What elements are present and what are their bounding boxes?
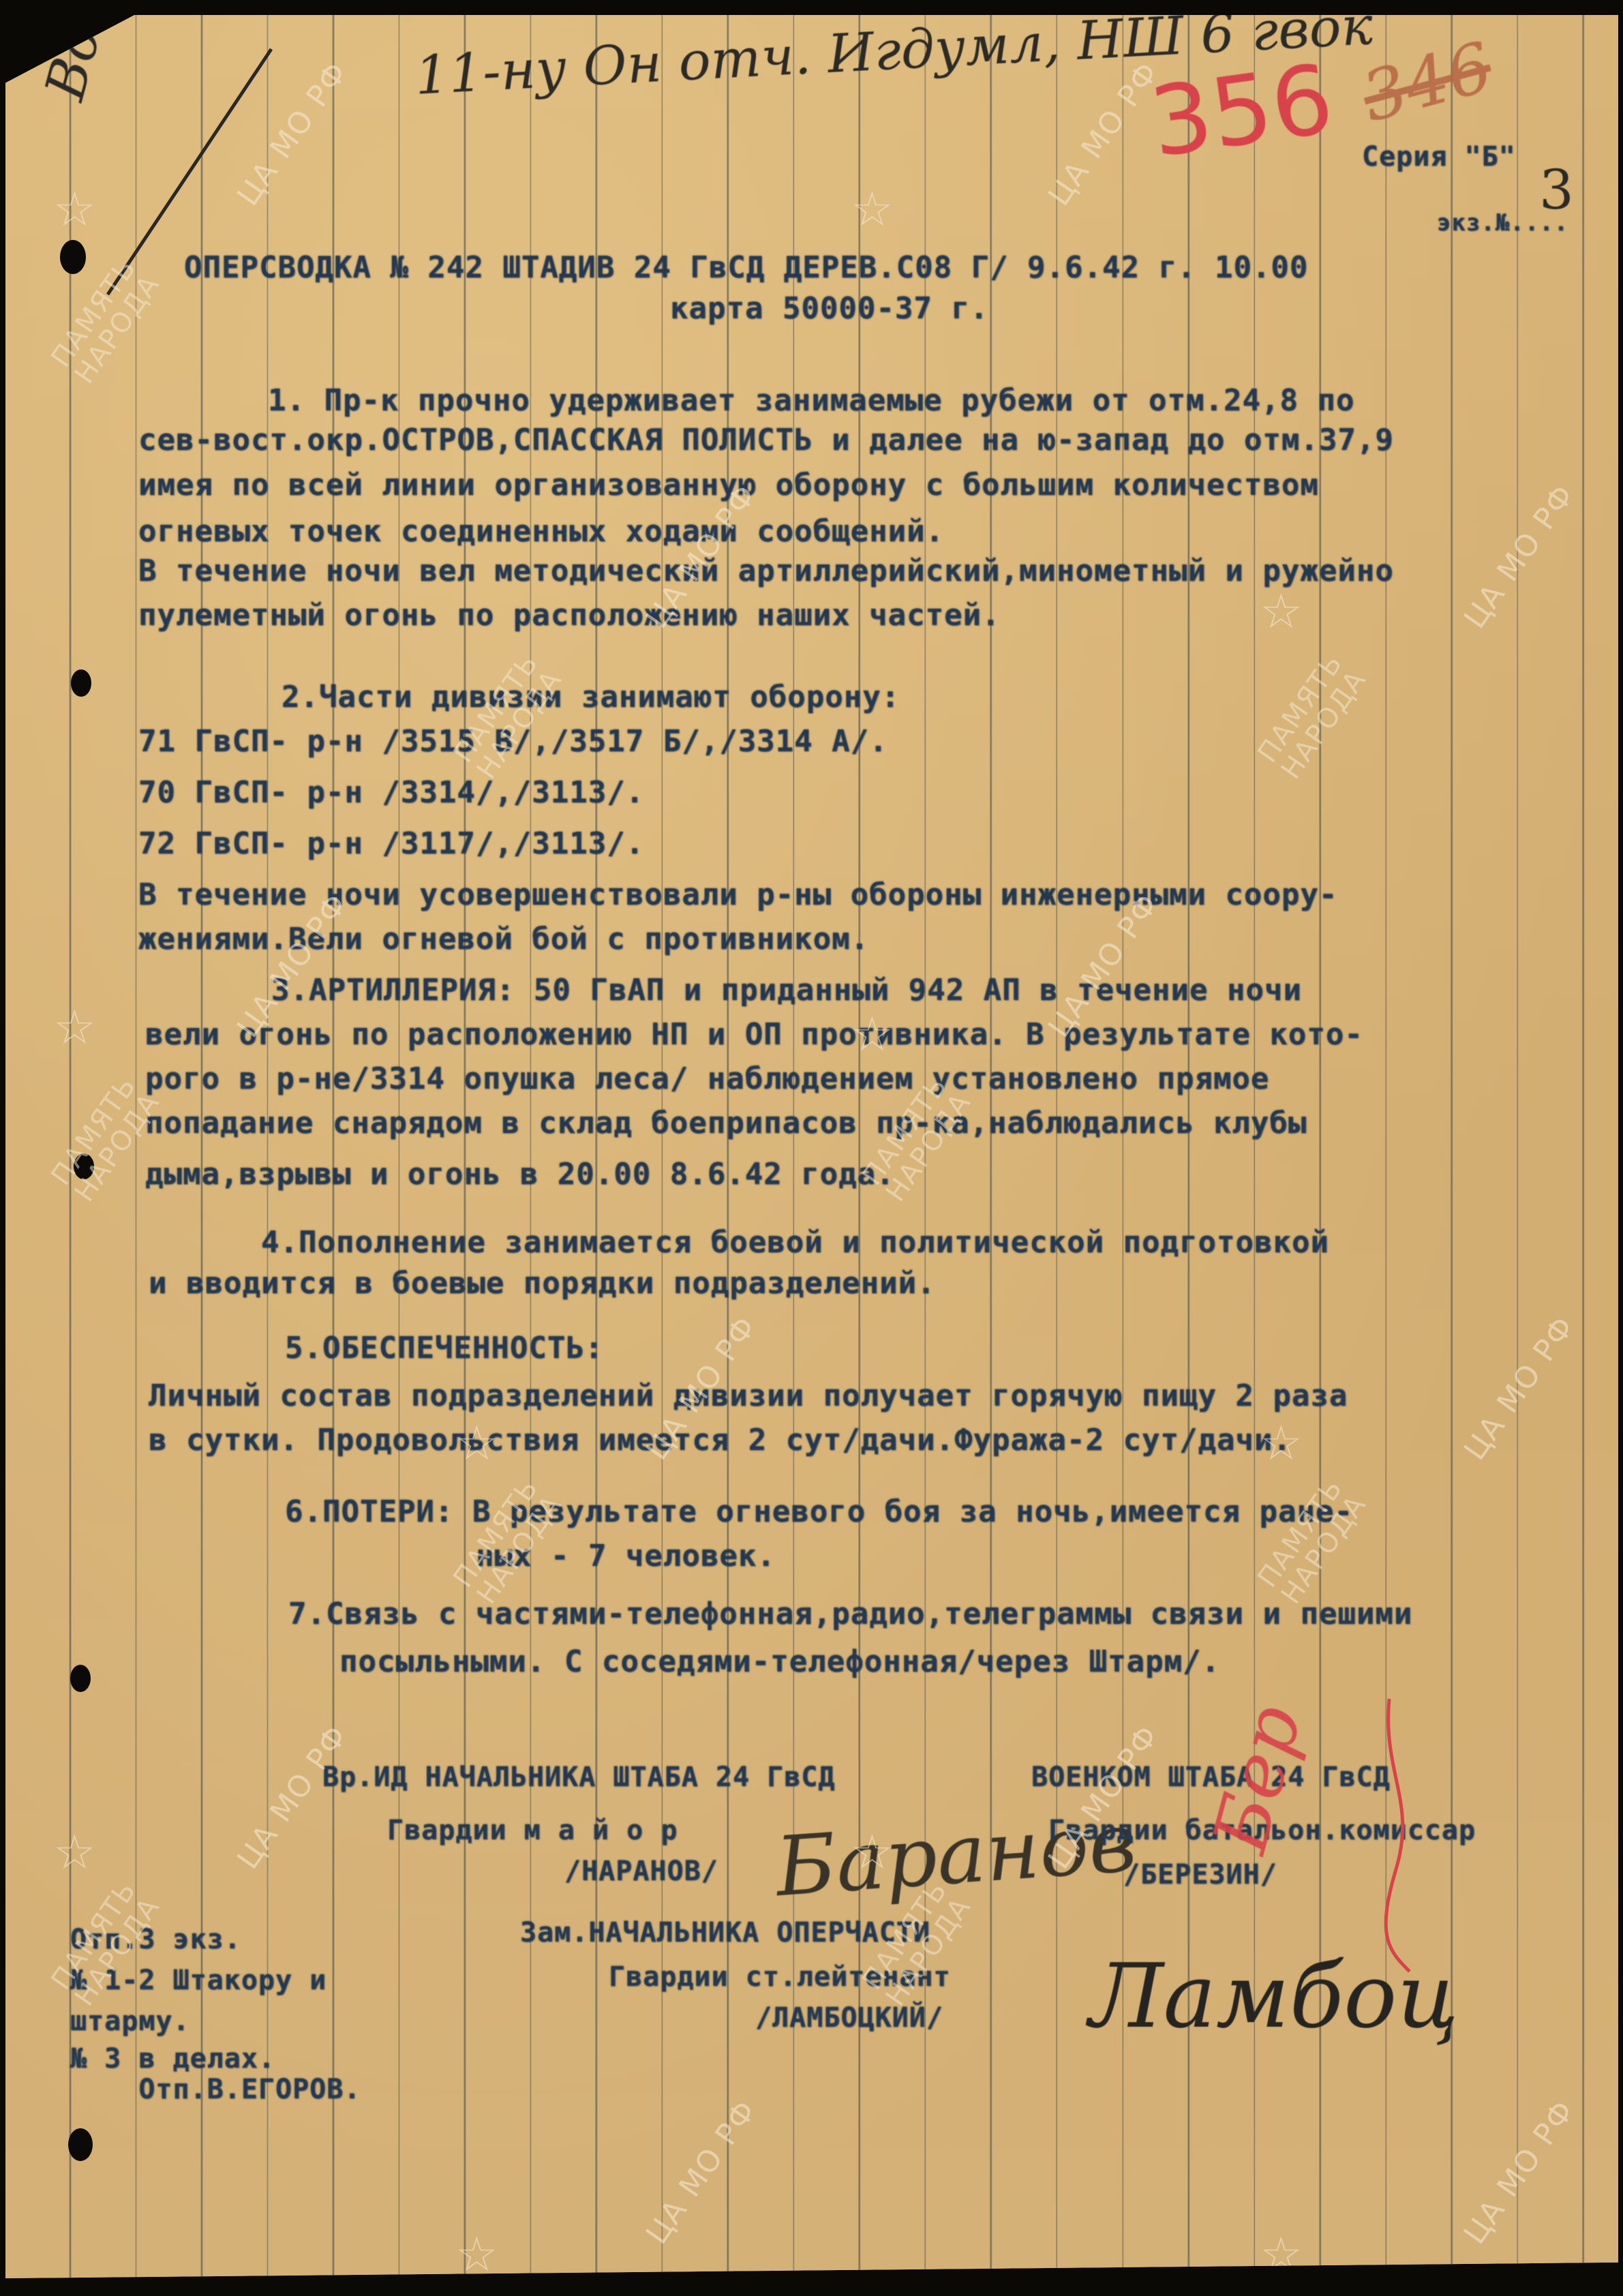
binder-hole [71, 669, 91, 697]
watermark-star-icon: ☆ [851, 1010, 898, 1058]
text-line: 2.Части дивизии занимают оборону: [282, 680, 900, 714]
text-line: вели огонь по расположению НП и ОП проти… [145, 1017, 1363, 1052]
signatory-title: Вр.ИД НАЧАЛЬНИКА ШТАБА 24 ГвСД [322, 1762, 835, 1793]
watermark-archive: ЦА МО РФ [230, 1719, 354, 1875]
watermark-star-icon: ☆ [851, 185, 898, 233]
signatory-name: /ЛАМБОЦКИЙ/ [755, 2002, 943, 2034]
distribution-line: № 3 в делах. [70, 2043, 275, 2074]
watermark-star-icon: ☆ [1260, 2231, 1307, 2278]
watermark-star-icon: ☆ [455, 2231, 503, 2278]
copy-number-line: экз.№.... [1437, 209, 1568, 237]
text-line: 7.Связь с частями-телефонная,радио,телег… [288, 1597, 1412, 1631]
watermark-star-icon: ☆ [53, 185, 101, 233]
signatory-rank: Гвардии м а й о р [387, 1815, 678, 1846]
text-line: 4.Пополнение занимается боевой и политич… [261, 1225, 1329, 1260]
text-line: пулеметный огонь по расположению наших ч… [138, 598, 1001, 633]
watermark-star-icon: ☆ [851, 1828, 898, 1876]
text-line: жениями.Вели огневой бой с противником. [138, 922, 869, 956]
red-signature-stroke [1341, 1692, 1423, 1978]
distribution-line: штарму. [70, 2006, 190, 2037]
signatory-title: Зам.НАЧАЛЬНИКА ОПЕРЧАСТИ [520, 1917, 930, 1948]
signatory-name: /БЕРЕЗИН/ [1123, 1859, 1277, 1890]
watermark-archive: ЦА МО РФ [1457, 1310, 1581, 1466]
text-line: дыма,взрывы и огонь в 20.00 8.6.42 года. [145, 1157, 895, 1192]
watermark-star-icon: ☆ [53, 1003, 101, 1051]
series-label: Серия "Б" [1362, 141, 1516, 172]
text-line: огневых точек соединенных ходами сообщен… [138, 514, 944, 549]
binder-hole [68, 2128, 93, 2161]
watermark-archive: ЦА МО РФ [1457, 2094, 1581, 2250]
text-line: 1. Пр-к прочно удерживает занимаемые руб… [268, 383, 1354, 418]
watermark-project: ПАМЯТЬ НАРОДА [1253, 649, 1371, 785]
text-line: 70 ГвСП- р-н /3314/,/3113/. [138, 775, 644, 810]
archive-number-crossed: 346 [1354, 27, 1500, 137]
text-line: и вводится в боевые порядки подразделени… [149, 1266, 936, 1301]
text-line: посыльными. С соседями-телефонная/через … [339, 1644, 1220, 1679]
text-line: 72 ГвСП- р-н /3117/,/3113/. [138, 826, 644, 861]
text-line: в сутки. Продовольствия имеется 2 сут/да… [149, 1423, 1292, 1457]
document-title: ОПЕРСВОДКА № 242 ШТАДИВ 24 ГвСД ДЕРЕВ.С0… [184, 250, 1308, 285]
watermark-star-icon: ☆ [1260, 1419, 1307, 1467]
document-page: Вдело 11-ну Он отч. Игдумл, НШ 6 гвок 35… [5, 15, 1618, 2278]
text-line: попадание снарядом в склад боеприпасов п… [145, 1106, 1307, 1141]
text-line: сев-вост.окр.ОСТРОВ,СПАССКАЯ ПОЛИСТЬ и д… [138, 423, 1394, 457]
text-line: 5.ОБЕСПЕЧЕННОСТЬ: [285, 1331, 603, 1365]
text-line: рого в р-не/3314 опушка леса/ наблюдение… [145, 1061, 1269, 1096]
watermark-star-icon: ☆ [1260, 588, 1307, 635]
text-line: Личный состав подразделений дивизии полу… [149, 1378, 1348, 1413]
handwritten-signature: Ламбоц [1089, 1944, 1459, 2048]
watermark-archive: ЦА МО РФ [1042, 55, 1166, 212]
watermark-star-icon: ☆ [455, 1419, 503, 1467]
binder-hole [70, 1665, 91, 1692]
watermark-archive: ЦА МО РФ [639, 2094, 763, 2250]
signatory-name: /НАРАНОВ/ [564, 1856, 718, 1887]
text-line: 6.ПОТЕРИ: В результате огневого боя за н… [285, 1494, 1353, 1529]
text-line: 3.АРТИЛЛЕРИЯ: 50 ГвАП и приданный 942 АП… [271, 973, 1302, 1008]
watermark-project: ПАМЯТЬ НАРОДА [449, 649, 567, 785]
distribution-line: Отп.В.ЕГОРОВ. [70, 2074, 361, 2105]
map-reference: карта 50000-37 г. [670, 291, 988, 326]
watermark-star-icon: ☆ [53, 1828, 101, 1876]
watermark-archive: ЦА МО РФ [1457, 478, 1581, 635]
text-line: В течение ночи вел методический артиллер… [138, 554, 1394, 588]
